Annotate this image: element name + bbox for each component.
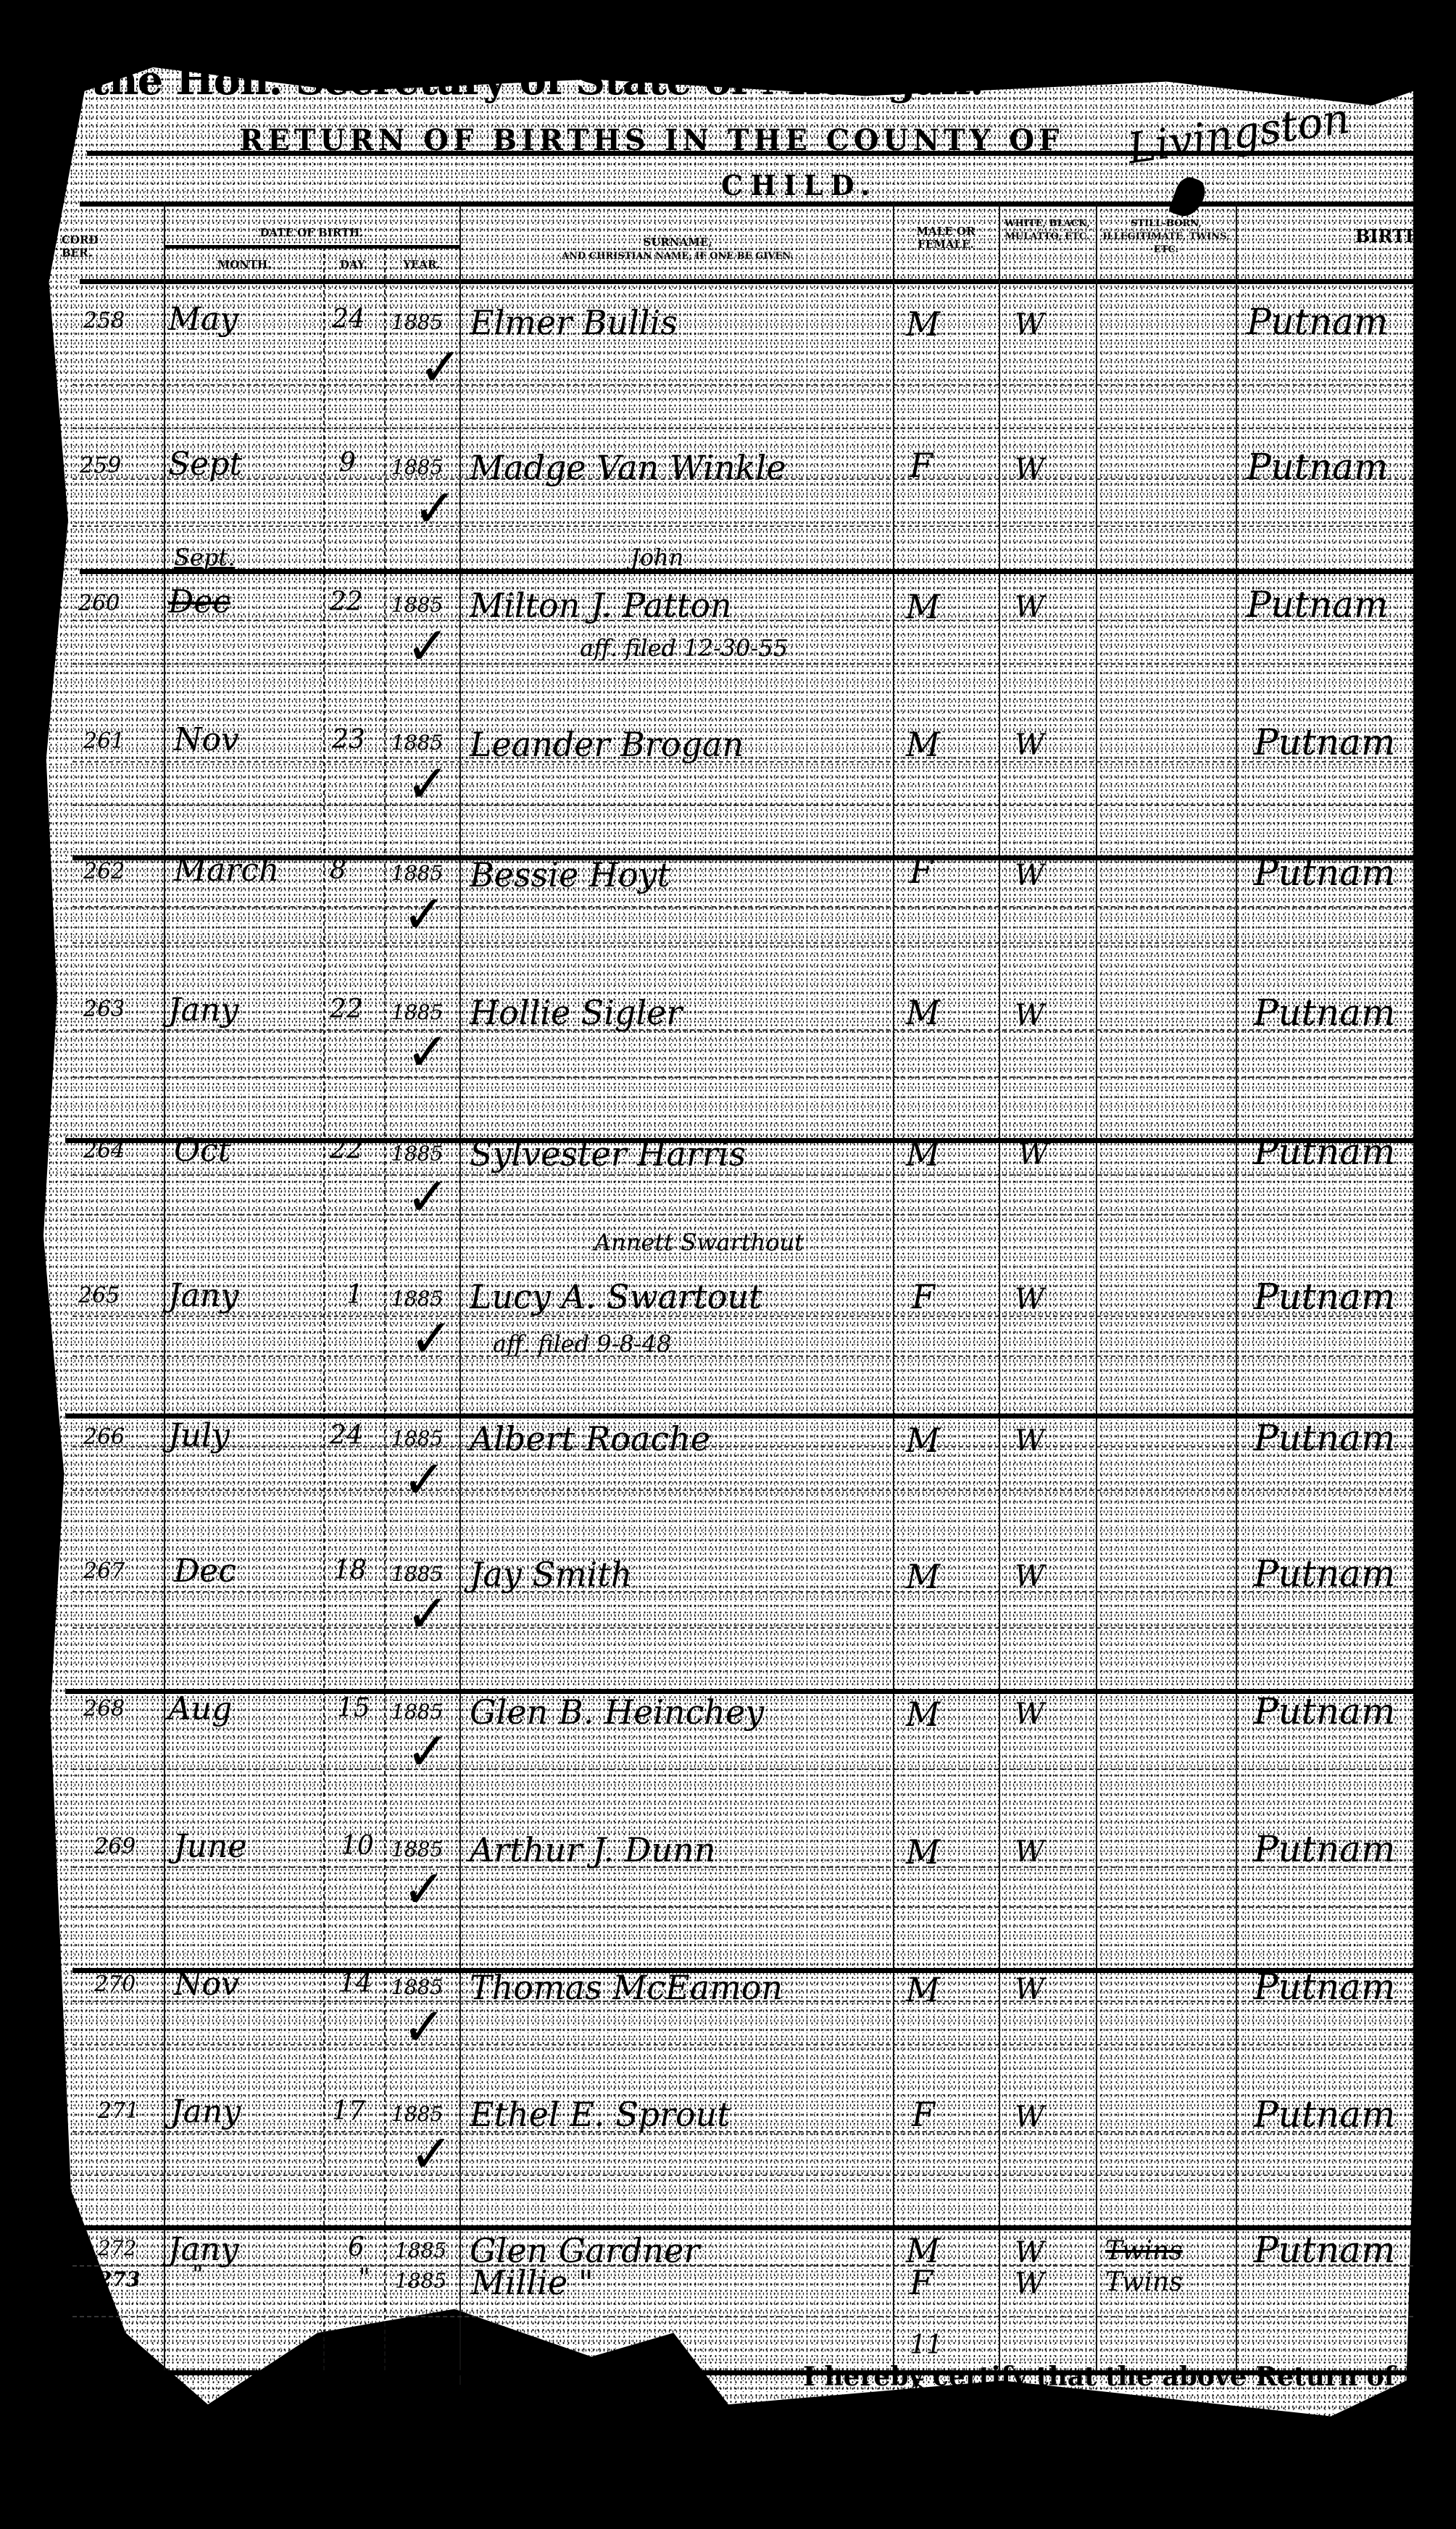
record-number: 271	[98, 2098, 139, 2124]
record-number: 269	[94, 1834, 136, 1859]
child-sex: M	[906, 1832, 940, 1872]
row-guide	[72, 805, 1413, 806]
child-race: W	[1015, 1283, 1044, 1316]
checkmark-icon: ✓	[406, 757, 449, 810]
child-race: W	[1015, 859, 1044, 892]
birth-month: Jany	[168, 992, 238, 1029]
col-header-status: Still-born, Illegitimate, Twins, etc.	[1099, 217, 1234, 257]
child-race: W	[1015, 308, 1044, 341]
birth-month: March	[174, 852, 279, 889]
checkmark-icon: ✓	[402, 1863, 446, 1915]
header-rule-1	[87, 151, 1413, 156]
record-number: 263	[83, 997, 125, 1022]
checkmark-icon: ✓	[419, 341, 462, 393]
col-divider	[323, 246, 325, 2370]
row-guide	[72, 2265, 1413, 2267]
row-guide	[72, 2131, 1413, 2133]
birth-year: 1885	[395, 2269, 446, 2293]
birth-year: 1885	[391, 310, 443, 334]
checkmark-icon: ✓	[406, 1725, 449, 1777]
birth-year: 1885	[391, 1427, 443, 1450]
birth-month: Sept	[168, 446, 242, 483]
name-correction: John	[631, 544, 683, 571]
child-sex: M	[906, 1134, 940, 1174]
scan-border-right	[1413, 0, 1456, 2529]
affidavit-note: aff. filed 9-8-48	[493, 1330, 671, 1358]
child-race: W	[1015, 591, 1044, 624]
month-correction: Sept.	[174, 544, 235, 571]
child-name: Ethel E. Sprout	[470, 2095, 731, 2134]
checkmark-icon: ✓	[413, 482, 457, 534]
checkmark-icon: ✓	[402, 1453, 446, 1506]
footer-year-fragment: 188	[739, 2466, 781, 2491]
birth-day: 15	[337, 1693, 370, 1723]
checkmark-icon: ✓	[409, 2127, 453, 2180]
birth-year: 1885	[391, 731, 443, 755]
record-number: 267	[83, 1558, 125, 1584]
col-header-date-of-birth: DATE OF BIRTH.	[167, 226, 457, 239]
row-guide	[72, 384, 1413, 386]
record-number: 273	[98, 2267, 140, 2291]
col-header-record-number: CORD BER.	[62, 233, 105, 259]
child-race: W	[1015, 728, 1044, 762]
birthplace: Putnam	[1254, 1417, 1395, 1459]
child-name: Albert Roache	[470, 1419, 710, 1458]
birth-month: Dec	[174, 1553, 236, 1590]
birth-day: 9	[339, 448, 356, 478]
birth-day: 24	[330, 1421, 363, 1450]
checkmark-icon: ✓	[402, 2001, 446, 2053]
row-guide	[72, 620, 1413, 621]
col-header-surname: SURNAME,	[464, 236, 891, 249]
record-number: 266	[83, 1424, 125, 1450]
record-number: 258	[83, 308, 125, 333]
date-subheader-rule	[165, 245, 459, 249]
col-header-birthplace: BIRTH	[1355, 226, 1413, 246]
row-guide	[72, 1490, 1413, 1491]
child-sex: F	[912, 2095, 935, 2134]
birth-month: Oct	[174, 1132, 230, 1169]
row-guide	[72, 428, 1413, 429]
child-name: Milton J. Patton	[470, 586, 732, 625]
checkmark-icon: ✓	[406, 620, 449, 672]
row-guide	[72, 1214, 1413, 1216]
child-sex: F	[910, 852, 933, 891]
birth-day-ditto: "	[359, 2263, 370, 2292]
header-rule-2	[80, 202, 1413, 207]
child-race: W	[1015, 2267, 1044, 2301]
checkmark-icon: ✓	[409, 1312, 453, 1364]
birth-year: 1885	[391, 455, 443, 479]
child-sex: M	[906, 304, 940, 344]
birthplace: Putnam	[1254, 852, 1395, 894]
child-name: Bessie Hoyt	[470, 855, 670, 894]
record-number: 261	[83, 728, 125, 754]
row-guide	[72, 1769, 1413, 1770]
birthplace: Putnam	[1254, 2093, 1395, 2135]
row-rule	[80, 569, 1413, 574]
row-guide	[72, 2316, 1413, 2317]
row-guide	[72, 2175, 1413, 2176]
child-sex: M	[906, 1695, 940, 1734]
child-sex: F	[912, 1277, 935, 1316]
col-header-race: White, Black, Mulatto, Etc.	[1002, 217, 1093, 244]
child-name: Lucy A. Swartout	[470, 1277, 762, 1316]
birthplace: Putnam	[1254, 1966, 1395, 2008]
child-sex: F	[910, 446, 933, 485]
row-guide	[72, 1174, 1413, 1176]
scan-border-top	[0, 0, 1456, 43]
child-name: Millie "	[471, 2263, 594, 2302]
birth-month: May	[168, 301, 238, 338]
child-sex: M	[906, 1557, 940, 1596]
birth-day: 17	[332, 2096, 365, 2126]
birth-day: 23	[332, 725, 365, 755]
child-name: Leander Brogan	[470, 725, 744, 764]
child-race: W	[1018, 1138, 1048, 1171]
birthplace: Putnam	[1254, 721, 1395, 763]
child-sex: M	[906, 587, 940, 626]
row-guide	[72, 1446, 1413, 1448]
child-sex: M	[906, 725, 940, 764]
birth-day: 1	[346, 1280, 363, 1310]
child-sex: F	[910, 2263, 933, 2302]
row-guide	[72, 1355, 1413, 1357]
row-guide	[72, 1906, 1413, 1908]
birth-day: 8	[330, 855, 346, 885]
birth-year: 1885	[391, 861, 443, 885]
birth-day: 10	[341, 1831, 374, 1861]
child-sex: M	[906, 993, 940, 1032]
birthplace: Putnam	[1247, 301, 1388, 343]
birthplace: Putnam	[1247, 446, 1388, 488]
birth-month: Nov	[174, 1966, 239, 2003]
record-number: 272	[98, 2236, 136, 2260]
birth-month: June	[174, 1828, 246, 1865]
row-rule	[72, 2225, 1413, 2230]
row-guide	[72, 1076, 1413, 1078]
birthplace: Putnam	[1254, 1690, 1395, 1732]
row-guide	[72, 1591, 1413, 1592]
birth-year: 1885	[395, 2238, 446, 2262]
row-rule	[65, 1413, 1413, 1419]
row-guide	[72, 663, 1413, 665]
birthplace: Putnam	[1254, 1131, 1395, 1173]
certification-text: I hereby certify that the above Return o…	[803, 2362, 1436, 2392]
record-number: 268	[83, 1696, 125, 1722]
birth-day: 22	[330, 587, 363, 617]
row-guide	[72, 2044, 1413, 2046]
birth-day: 18	[333, 1556, 367, 1585]
child-race: W	[1015, 1698, 1044, 1731]
col-header-sex: Male or Female.	[899, 225, 993, 251]
child-name: Thomas McEamon	[470, 1968, 783, 2007]
checkmark-icon: ✓	[406, 1026, 449, 1078]
row-guide	[72, 1866, 1413, 1868]
child-name: Sylvester Harris	[470, 1134, 746, 1174]
birth-day: 22	[330, 1135, 363, 1165]
record-number: 270	[94, 1972, 136, 1997]
child-race: W	[1015, 2236, 1044, 2270]
row-guide	[72, 942, 1413, 944]
child-race: W	[1015, 1424, 1044, 1458]
col-header-year: Year.	[386, 258, 458, 271]
record-number: 259	[80, 453, 121, 478]
row-guide	[72, 906, 1413, 908]
birth-month: Nov	[174, 721, 239, 758]
child-race: W	[1015, 2101, 1044, 2134]
birth-month: Jany	[170, 2093, 241, 2130]
child-race: W	[1015, 999, 1044, 1032]
checkmark-icon: ✓	[406, 1171, 449, 1223]
addressee-line: the Hon. Secretary of State of Michigan:	[91, 57, 983, 104]
checkmark-icon: ✓	[406, 1587, 449, 1640]
row-guide	[72, 526, 1413, 527]
col-header-surname-sub: And Christian Name, if one be Given.	[464, 250, 891, 263]
status-twins: Twins	[1105, 2236, 1183, 2266]
birth-month: Jany	[168, 1277, 238, 1314]
status-twins: Twins	[1105, 2267, 1183, 2297]
col-divider	[459, 203, 461, 2385]
child-name: Elmer Bullis	[470, 303, 678, 342]
child-name: Hollie Sigler	[470, 993, 682, 1032]
birth-day: 6	[348, 2233, 365, 2262]
child-sex: M	[906, 1421, 940, 1460]
col-header-day: Day.	[324, 258, 383, 271]
child-name: Madge Van Winkle	[470, 448, 786, 487]
birthplace: Putnam	[1254, 1828, 1395, 1870]
record-number: 264	[83, 1138, 125, 1163]
child-race: W	[1015, 453, 1044, 486]
birth-year: 1885	[391, 1142, 443, 1166]
birth-day: 22	[330, 994, 363, 1024]
record-number: 262	[83, 859, 125, 884]
child-race: W	[1015, 1560, 1044, 1593]
child-name: Arthur J. Dunn	[470, 1830, 715, 1869]
child-name: Jay Smith	[470, 1555, 632, 1594]
birth-month: Dec	[168, 584, 230, 620]
section-title: CHILD.	[721, 169, 877, 202]
birthplace: Putnam	[1254, 2229, 1395, 2271]
name-correction: Annett Swarthout	[594, 1229, 804, 1256]
child-race: W	[1015, 1835, 1044, 1869]
col-divider	[384, 246, 386, 2370]
row-guide	[72, 1029, 1413, 1031]
birthplace: Putnam	[1247, 584, 1388, 626]
row-guide	[72, 1627, 1413, 1629]
scan-border-bottom	[0, 2493, 1456, 2529]
record-number: 265	[78, 1283, 120, 1308]
birth-day: 24	[332, 304, 365, 334]
child-race: W	[1015, 1973, 1044, 2006]
birth-month: Aug	[168, 1690, 232, 1727]
birthplace: Putnam	[1254, 1276, 1395, 1318]
birthplace: Putnam	[1254, 1553, 1395, 1595]
birth-year: 1885	[391, 593, 443, 617]
col-header-month: Month.	[167, 258, 323, 271]
checkmark-icon: ✓	[402, 888, 446, 940]
birth-day: 14	[339, 1969, 373, 1998]
birth-month-ditto: "	[192, 2260, 204, 2289]
child-sex: M	[906, 1970, 940, 2009]
record-number: 260	[78, 591, 120, 616]
header-bottom-rule	[80, 279, 1413, 284]
affidavit-note: aff. filed 12-30-55	[580, 634, 788, 662]
birth-month: July	[168, 1417, 230, 1454]
tally-males: 11	[910, 2330, 943, 2360]
child-name: Glen B. Heinchey	[470, 1693, 764, 1732]
birthplace: Putnam	[1254, 992, 1395, 1034]
